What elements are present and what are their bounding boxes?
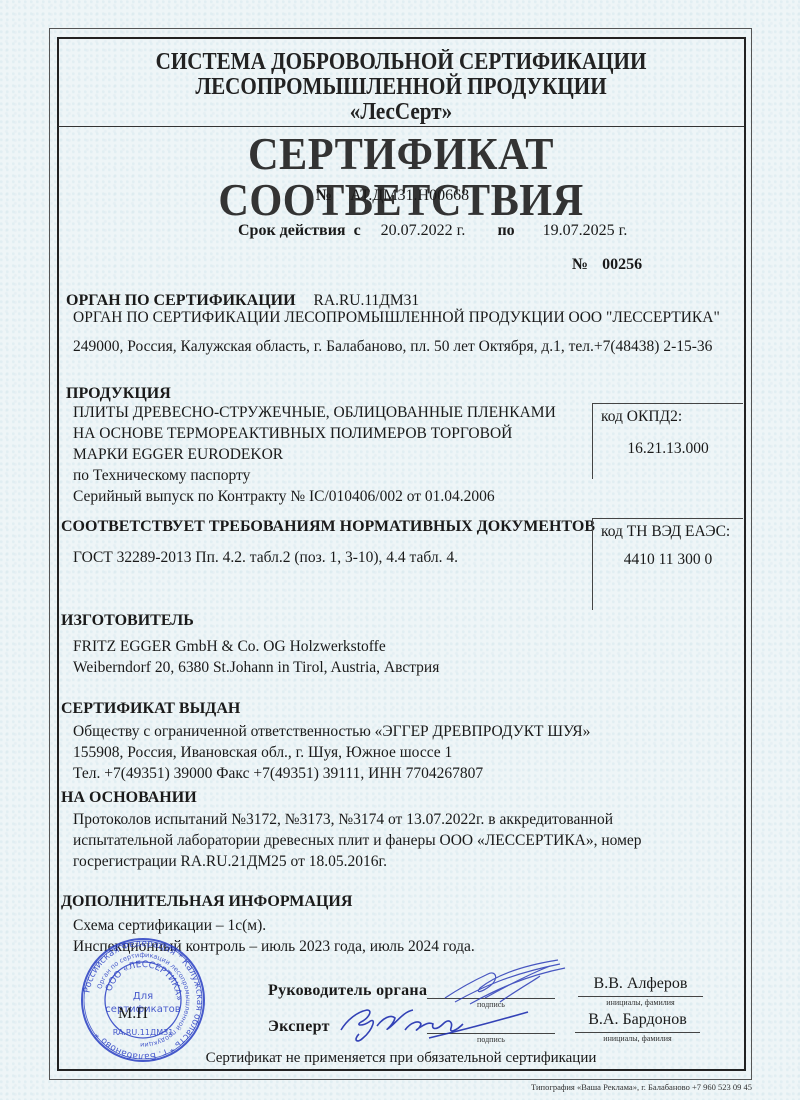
compliance-heading: СООТВЕТСТВУЕТ ТРЕБОВАНИЯМ НОРМАТИВНЫХ ДО… — [61, 518, 595, 536]
product-line: НА ОСНОВЕ ТЕРМОРЕАКТИВНЫХ ПОЛИМЕРОВ ТОРГ… — [73, 423, 556, 444]
from-date: 20.07.2022 г. — [381, 222, 466, 239]
tnved-code-box: код ТН ВЭД ЕАЭС: 4410 11 300 0 — [592, 518, 743, 610]
expert-name-caption: инициалы, фамилия — [575, 1034, 700, 1043]
head-of-body-label: Руководитель органа — [268, 982, 427, 1000]
footer-note: Сертификат не применяется при обязательн… — [58, 1050, 744, 1067]
head-signature-line — [427, 998, 555, 999]
seal-stamp-icon: Российская Федерация * Калужская область… — [80, 937, 206, 1063]
okpd2-label: код ОКПД2: — [601, 408, 743, 426]
system-line-2: ЛЕСОПРОМЫШЛЕННОЙ ПРОДУКЦИИ — [99, 75, 703, 100]
basis-line: госрегистрации RA.RU.21ДМ25 от 18.05.201… — [73, 851, 642, 872]
to-date: 19.07.2025 г. — [543, 222, 628, 239]
product-line: МАРКИ EGGER EURODEKOR — [73, 444, 556, 465]
manufacturer-line: FRITZ EGGER GmbH & Co. OG Holzwerkstoffe — [73, 636, 439, 657]
additional-line: Схема сертификации – 1с(м). — [73, 915, 475, 936]
product-line: ПЛИТЫ ДРЕВЕСНО-СТРУЖЕЧНЫЕ, ОБЛИЦОВАННЫЕ … — [73, 402, 556, 423]
product-line: Серийный выпуск по Контракту № IC/010406… — [73, 486, 556, 507]
blank-number-label: № — [572, 256, 588, 273]
document-title: СЕРТИФИКАТ СООТВЕТСТВИЯ — [85, 131, 716, 223]
issued-to-line: Тел. +7(49351) 39000 Факс +7(49351) 3911… — [73, 763, 590, 784]
expert-name-line — [575, 1032, 700, 1033]
validity-period: Срок действия с 20.07.2022 г. по 19.07.2… — [238, 222, 627, 240]
to-label: по — [497, 222, 514, 239]
manufacturer-details: FRITZ EGGER GmbH & Co. OG Holzwerkstoffe… — [73, 636, 439, 678]
number-label: № — [316, 187, 332, 204]
manufacturer-heading: ИЗГОТОВИТЕЛЬ — [61, 612, 194, 630]
certification-body-address: 249000, Россия, Калужская область, г. Ба… — [73, 336, 712, 357]
system-line-1: СИСТЕМА ДОБРОВОЛЬНОЙ СЕРТИФИКАЦИИ — [99, 50, 703, 75]
issued-to-line: 155908, Россия, Ивановская обл., г. Шуя,… — [73, 742, 590, 763]
product-description: ПЛИТЫ ДРЕВЕСНО-СТРУЖЕЧНЫЕ, ОБЛИЦОВАННЫЕ … — [73, 402, 556, 507]
expert-signature-line — [427, 1033, 555, 1034]
certification-body-name: ОРГАН ПО СЕРТИФИКАЦИИ ЛЕСОПРОМЫШЛЕННОЙ П… — [73, 307, 720, 328]
expert-name: В.А. Бардонов — [575, 1011, 700, 1029]
issued-to-details: Обществу с ограниченной ответственностью… — [73, 721, 590, 784]
issued-to-line: Обществу с ограниченной ответственностью… — [73, 721, 590, 742]
validity-label: Срок действия — [238, 222, 346, 239]
head-signature-caption: подпись — [427, 1000, 555, 1009]
additional-info-heading: ДОПОЛНИТЕЛЬНАЯ ИНФОРМАЦИЯ — [61, 893, 352, 911]
blank-number: №00256 — [572, 256, 642, 274]
basis-details: Протоколов испытаний №3172, №3173, №3174… — [73, 809, 642, 872]
blank-number-value: 00256 — [602, 256, 642, 273]
certification-system-title: СИСТЕМА ДОБРОВОЛЬНОЙ СЕРТИФИКАЦИИ ЛЕСОПР… — [99, 50, 703, 125]
from-label: с — [354, 222, 361, 239]
issued-to-heading: СЕРТИФИКАТ ВЫДАН — [61, 700, 240, 718]
okpd2-value: 16.21.13.000 — [601, 440, 743, 458]
okpd2-code-box: код ОКПД2: 16.21.13.000 — [592, 403, 743, 479]
manufacturer-line: Weiberndorf 20, 6380 St.Johann in Tirol,… — [73, 657, 439, 678]
number-value: АТ.ДМ31.Н00668 — [350, 187, 469, 204]
tnved-value: 4410 11 300 0 — [601, 551, 743, 569]
basis-line: испытательной лаборатории древесных плит… — [73, 830, 642, 851]
expert-signature-caption: подпись — [427, 1035, 555, 1044]
certificate-number: №АТ.ДМ31.Н00668 — [316, 187, 469, 205]
compliance-standard: ГОСТ 32289-2013 Пп. 4.2. табл.2 (поз. 1,… — [73, 547, 458, 568]
expert-label: Эксперт — [268, 1018, 330, 1036]
basis-line: Протоколов испытаний №3172, №3173, №3174… — [73, 809, 642, 830]
head-name-caption: инициалы, фамилия — [578, 998, 703, 1007]
head-name: В.В. Алферов — [578, 975, 703, 993]
seal-placeholder-label: М.П — [118, 1005, 148, 1023]
tnved-label: код ТН ВЭД ЕАЭС: — [601, 523, 743, 541]
head-name-line — [578, 996, 703, 997]
basis-heading: НА ОСНОВАНИИ — [61, 789, 197, 807]
product-line: по Техническому паспорту — [73, 465, 556, 486]
system-line-3: «ЛесСерт» — [99, 100, 703, 125]
printer-info: Типография «Ваша Реклама», г. Балабаново… — [531, 1082, 752, 1092]
svg-text:Для: Для — [133, 991, 153, 1002]
product-heading: ПРОДУКЦИЯ — [66, 385, 171, 403]
header-divider — [58, 126, 744, 127]
svg-text:RA.RU.11ДМ31: RA.RU.11ДМ31 — [113, 1028, 174, 1037]
